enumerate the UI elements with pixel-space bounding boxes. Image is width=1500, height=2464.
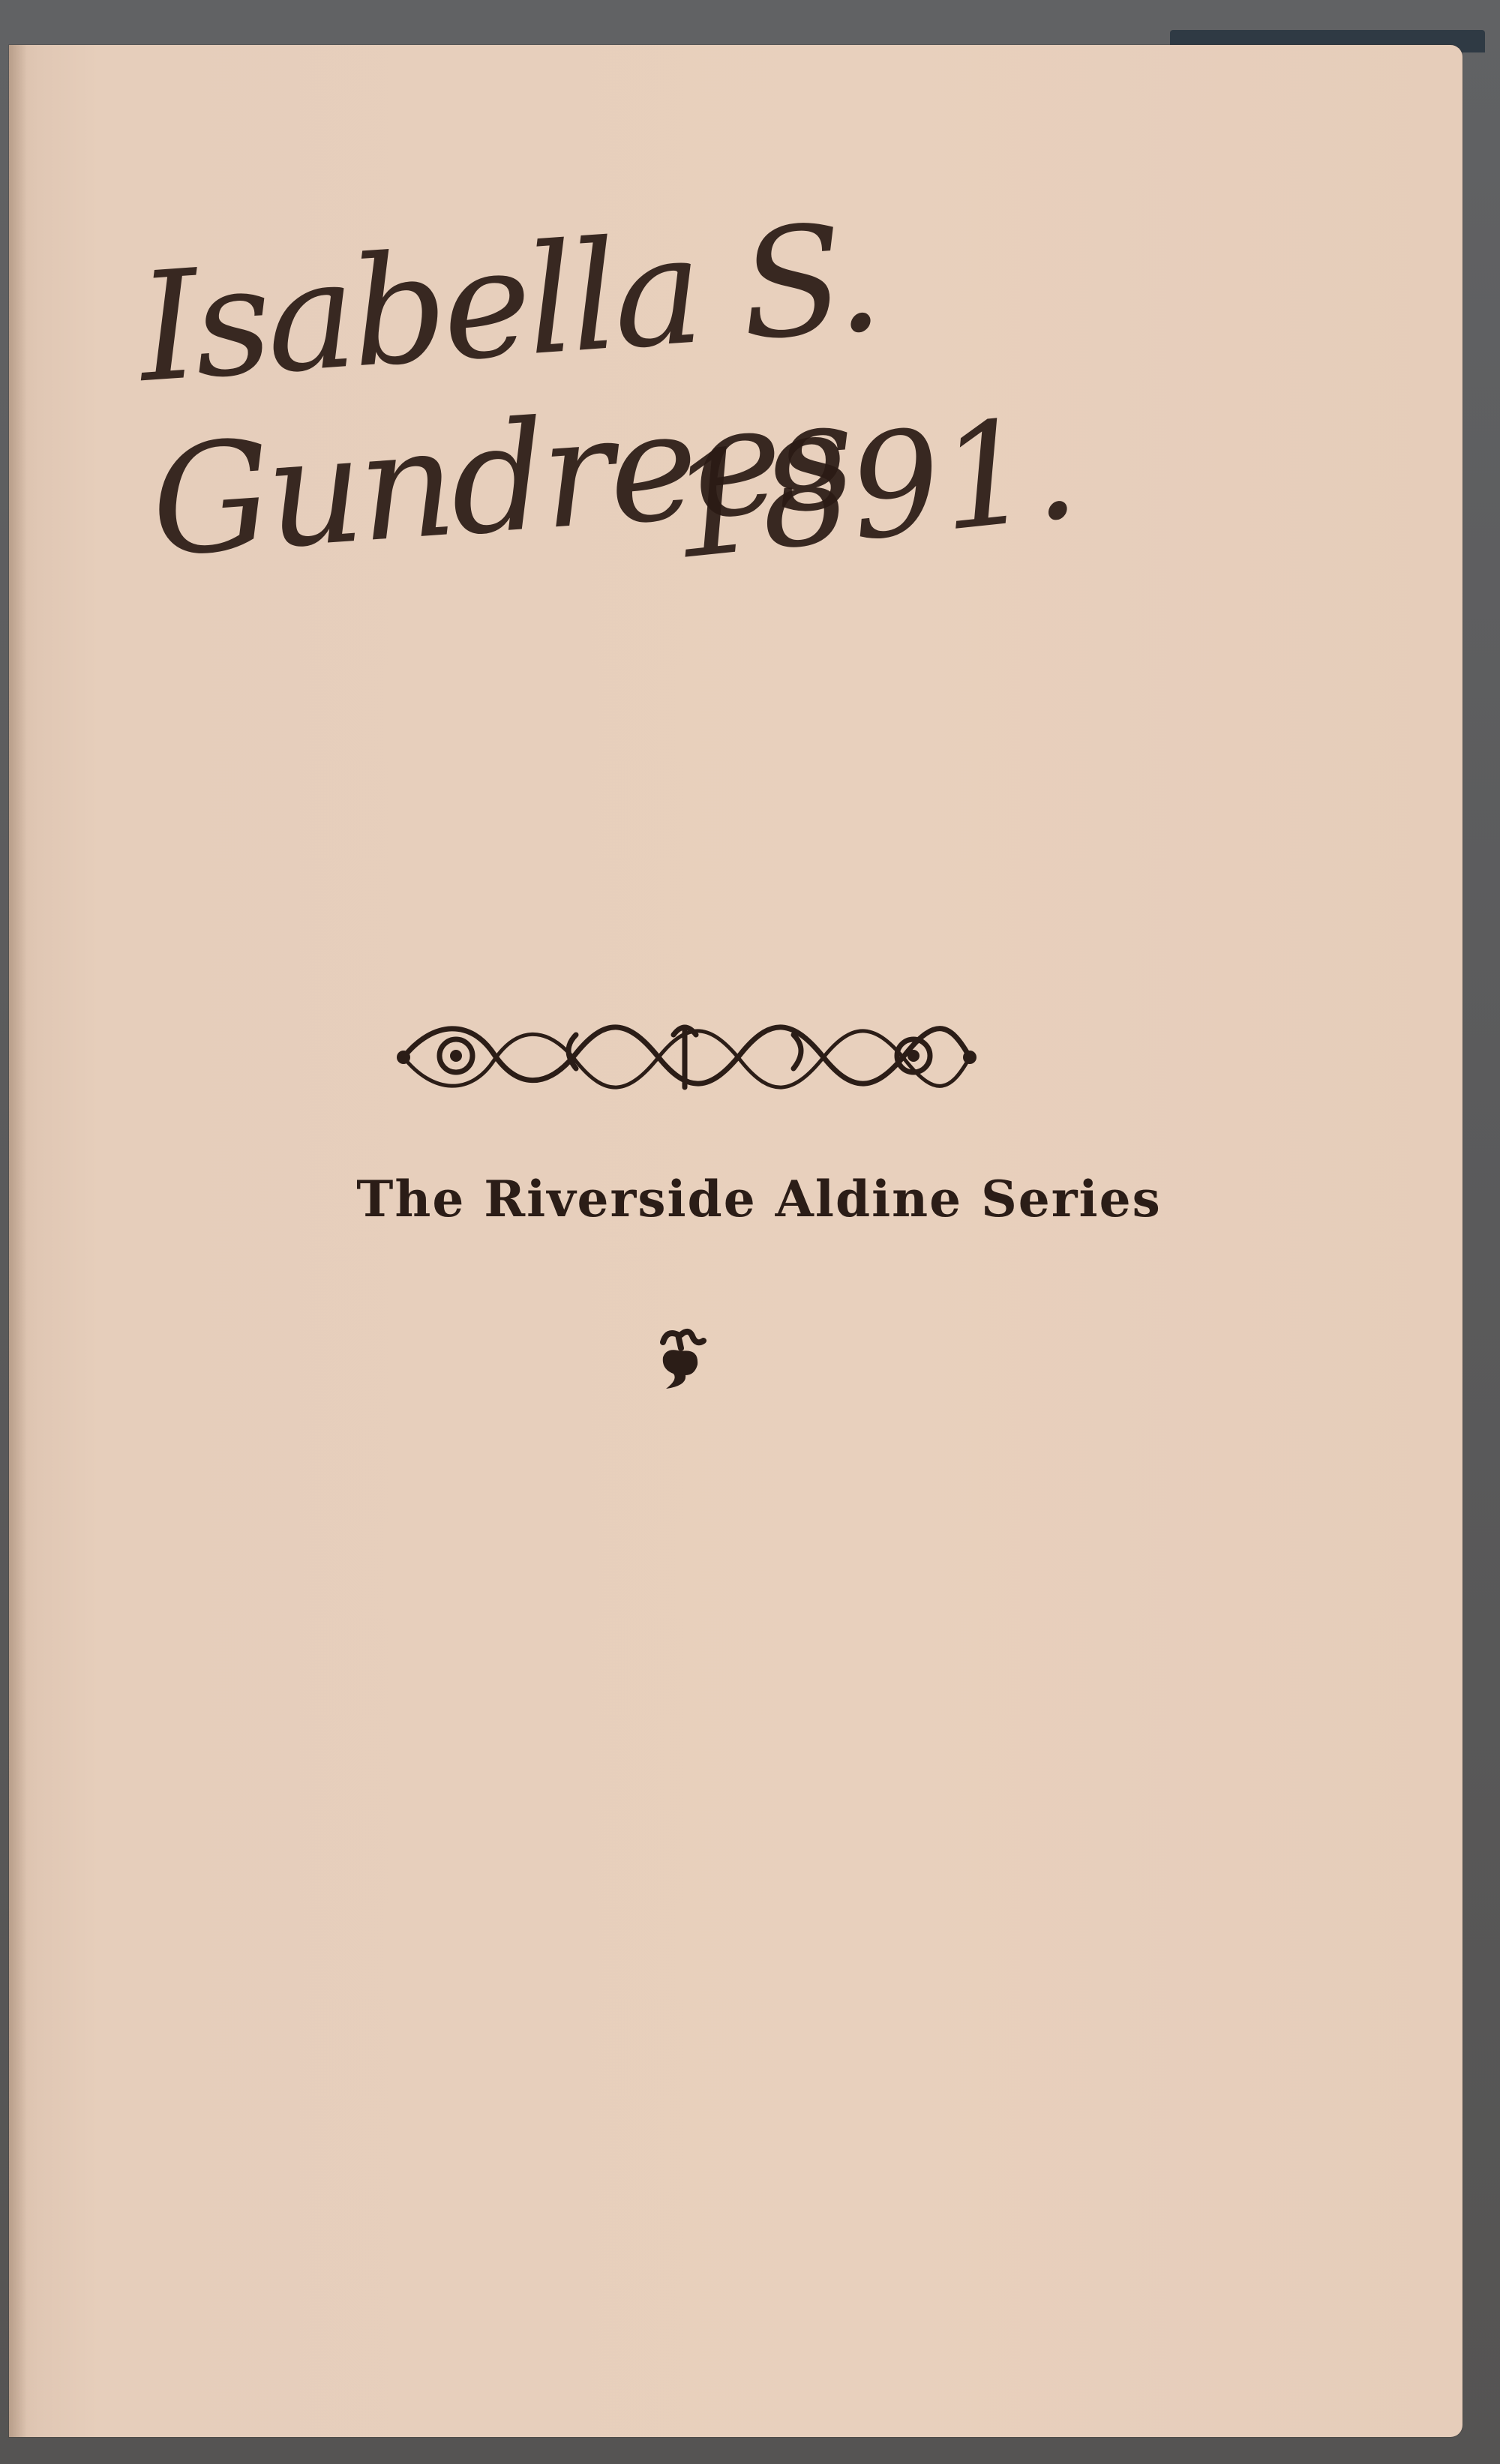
book-page: Isabella S. Gundrees 1891. The Riverside… xyxy=(9,45,1462,2437)
series-title: The Riverside Aldine Series xyxy=(9,1170,1500,1228)
handwritten-inscription: Isabella S. Gundrees 1891. xyxy=(54,105,1479,585)
floral-scroll-ornament-icon xyxy=(388,1012,981,1099)
printers-device-icon xyxy=(655,1326,708,1393)
